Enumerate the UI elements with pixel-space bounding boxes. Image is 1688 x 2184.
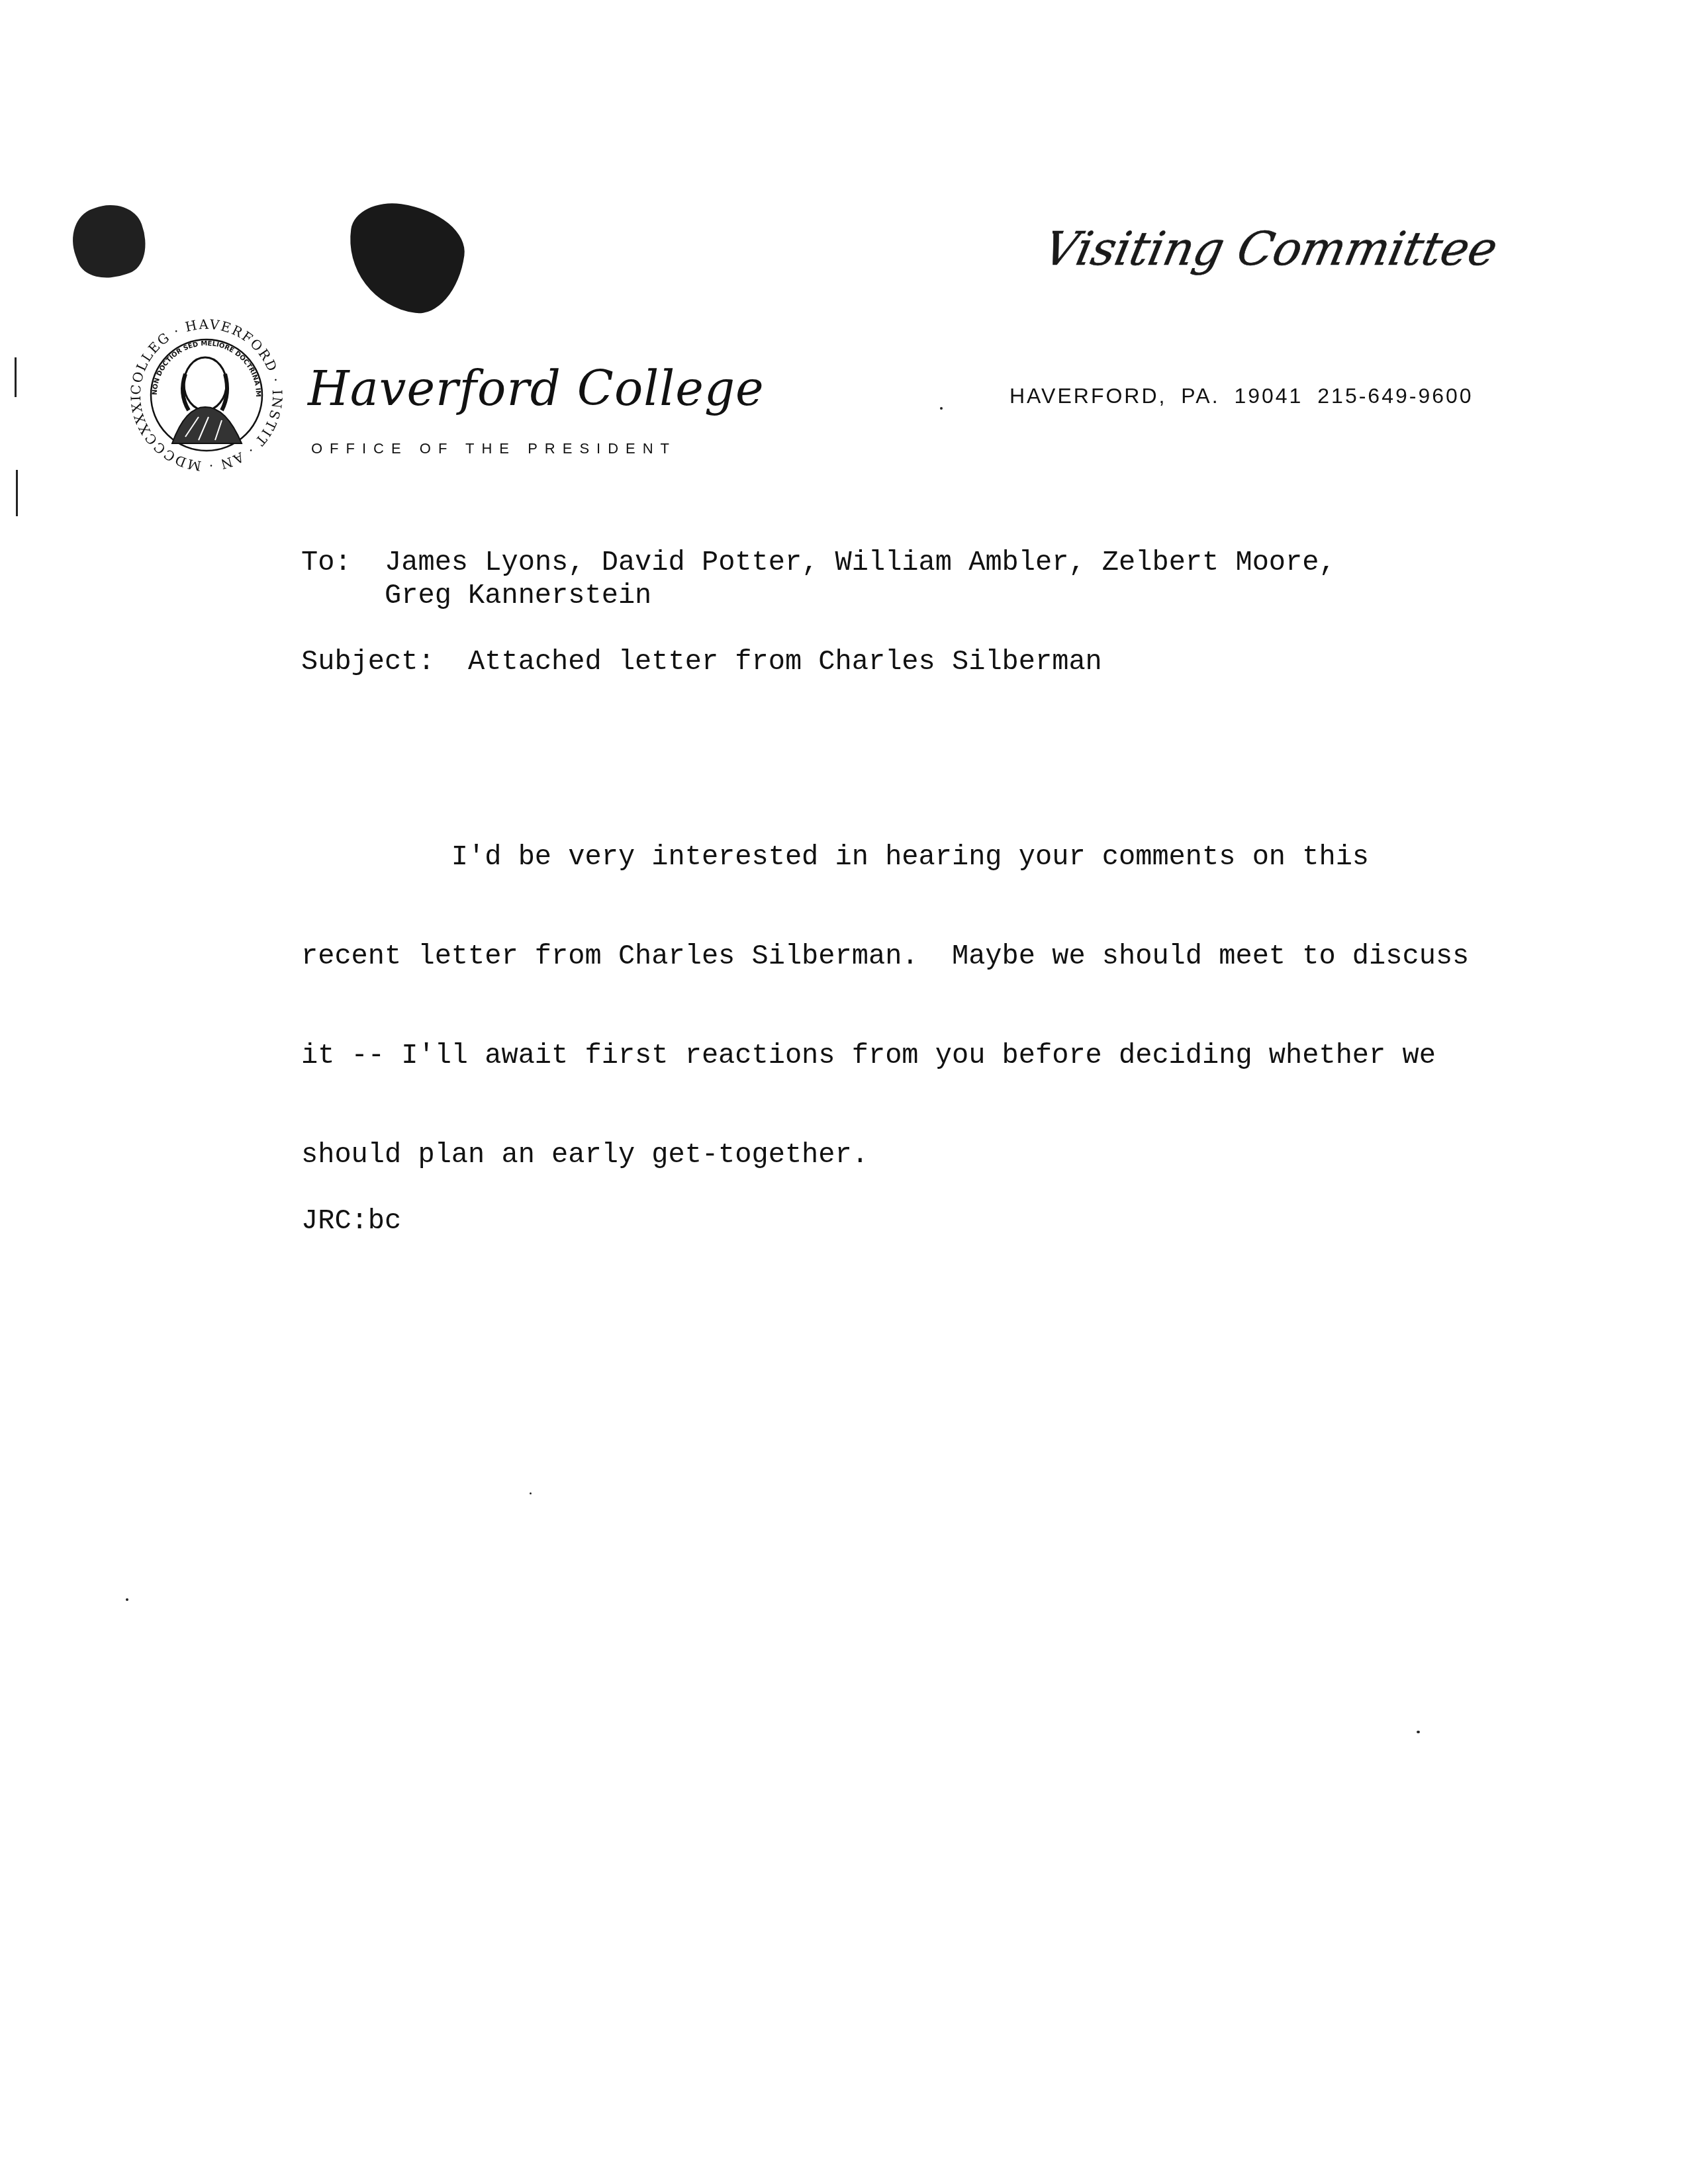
- speck: [1417, 1731, 1420, 1733]
- speck: [940, 407, 943, 410]
- ink-blot: [341, 198, 471, 319]
- body-line: it -- I'll await first reactions from yo…: [301, 1039, 1469, 1072]
- to-recipients-line2: Greg Kannerstein: [385, 580, 651, 612]
- typist-initials: JRC:bc: [301, 1205, 401, 1238]
- subject-block: Subject: Attached letter from Charles Si…: [301, 645, 1102, 678]
- office-name: OFFICE OF THE PRESIDENT: [311, 440, 677, 457]
- to-recipients-line1: James Lyons, David Potter, William Amble…: [385, 547, 1336, 578]
- subject-value: Attached letter from Charles Silberman: [468, 646, 1102, 678]
- subject-label: Subject:: [301, 646, 435, 678]
- svg-text:Visiting Committee: Visiting Committee: [1053, 222, 1502, 276]
- body-line: I'd be very interested in hearing your c…: [301, 841, 1469, 874]
- institution-name: Haverford College: [308, 361, 765, 416]
- edge-mark: [15, 357, 17, 397]
- to-block: To: James Lyons, David Potter, William A…: [301, 546, 1336, 612]
- to-label: To:: [301, 547, 352, 578]
- speck: [530, 1492, 532, 1494]
- memo-body: I'd be very interested in hearing your c…: [301, 774, 1469, 1205]
- address-line: HAVERFORD, PA. 19041 215-649-9600: [1009, 384, 1474, 408]
- speck: [126, 1598, 128, 1601]
- ink-blot: [63, 195, 156, 289]
- handwritten-note: Visiting Committee: [1053, 212, 1582, 311]
- edge-mark: [16, 470, 18, 516]
- body-line: should plan an early get-together.: [301, 1138, 1469, 1171]
- college-seal: COLLEG · HAVERFORD · INSTIT · AN · MDCCC…: [122, 311, 291, 480]
- body-line: recent letter from Charles Silberman. Ma…: [301, 940, 1469, 973]
